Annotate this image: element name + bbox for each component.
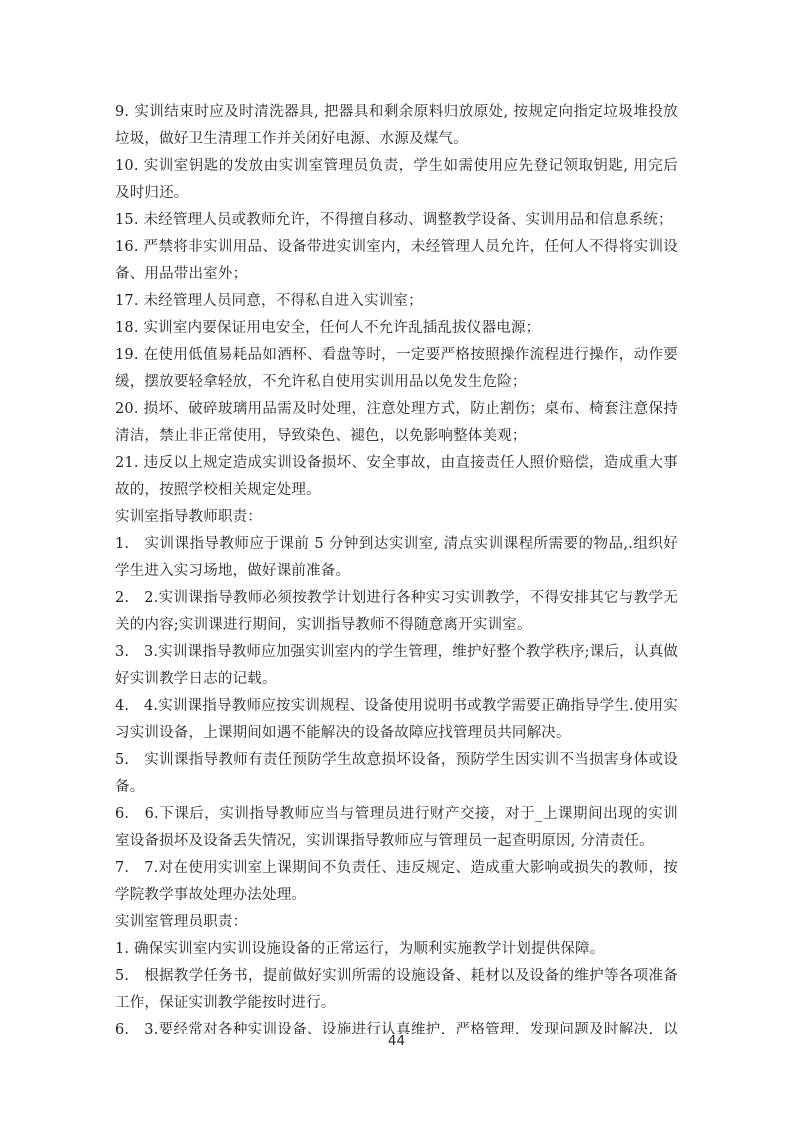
paragraph-rule-15: 15. 未经管理人员或教师允许，不得擅自移动、调整教学设备、实训用品和信息系统； bbox=[115, 207, 678, 234]
paragraph-rule-9: 9. 实训结束时应及时清洗器具, 把器具和剩余原料归放原处, 按规定向指定垃圾堆… bbox=[115, 99, 678, 153]
paragraph-rule-10: 10. 实训室钥匙的发放由实训室管理员负责，学生如需使用应先登记领取钥匙, 用完… bbox=[115, 153, 678, 207]
paragraph-instructor-duty-3: 3. 3.实训课指导教师应加强实训室内的学生管理，维护好整个教学秩序;课后，认真… bbox=[115, 639, 678, 693]
document-page: 9. 实训结束时应及时清洗器具, 把器具和剩余原料归放原处, 按规定向指定垃圾堆… bbox=[0, 0, 793, 1122]
section-heading-instructor-duties: 实训室指导教师职责： bbox=[115, 504, 678, 531]
paragraph-rule-19: 19. 在使用低值易耗品如酒杯、看盘等时，一定要严格按照操作流程进行操作，动作要… bbox=[115, 342, 678, 396]
paragraph-instructor-duty-6: 6. 6.下课后，实训指导教师应当与管理员进行财产交接，对于_上课期间出现的实训… bbox=[115, 801, 678, 855]
paragraph-admin-duty-5: 5. 根据教学任务书，提前做好实训所需的设施设备、耗材以及设备的维护等各项准备工… bbox=[115, 963, 678, 1017]
paragraph-rule-21: 21. 违反以上规定造成实训设备损坏、安全事故，由直接责任人照价赔偿，造成重大事… bbox=[115, 450, 678, 504]
paragraph-instructor-duty-1: 1. 实训课指导教师应于课前 5 分钟到达实训室, 清点实训课程所需要的物品,.… bbox=[115, 531, 678, 585]
paragraph-instructor-duty-7: 7. 7.对在使用实训室上课期间不负责任、违反规定、造成重大影响或损失的教师，按… bbox=[115, 855, 678, 909]
paragraph-instructor-duty-5: 5. 实训课指导教师有责任预防学生故意损坏设备，预防学生因实训不当损害身体或设备… bbox=[115, 747, 678, 801]
paragraph-instructor-duty-4: 4. 4.实训课指导教师应按实训规程、设备使用说明书或教学需要正确指导学生.使用… bbox=[115, 693, 678, 747]
page-number: 44 bbox=[0, 1033, 793, 1049]
section-heading-admin-duties: 实训室管理员职责： bbox=[115, 909, 678, 936]
paragraph-rule-16: 16. 严禁将非实训用品、设备带进实训室内，未经管理人员允许，任何人不得将实训设… bbox=[115, 234, 678, 288]
paragraph-rule-20: 20. 损坏、破碎玻璃用品需及时处理，注意处理方式，防止割伤；桌布、椅套注意保持… bbox=[115, 396, 678, 450]
paragraph-rule-17: 17. 未经管理人员同意，不得私自进入实训室； bbox=[115, 288, 678, 315]
paragraph-admin-duty-1: 1. 确保实训室内实训设施设备的正常运行，为顺利实施教学计划提供保障。 bbox=[115, 936, 678, 963]
paragraph-rule-18: 18. 实训室内要保证用电安全，任何人不允许乱插乱拔仪器电源； bbox=[115, 315, 678, 342]
document-text-block: 9. 实训结束时应及时清洗器具, 把器具和剩余原料归放原处, 按规定向指定垃圾堆… bbox=[115, 99, 678, 1034]
paragraph-admin-duty-6: 6. 3.要经常对各种实训设备、设施进行认真维护，严格管理，发现问题及时解决，以… bbox=[115, 1017, 678, 1034]
paragraph-instructor-duty-2: 2. 2.实训课指导教师必须按教学计划进行各种实习实训教学，不得安排其它与教学无… bbox=[115, 585, 678, 639]
